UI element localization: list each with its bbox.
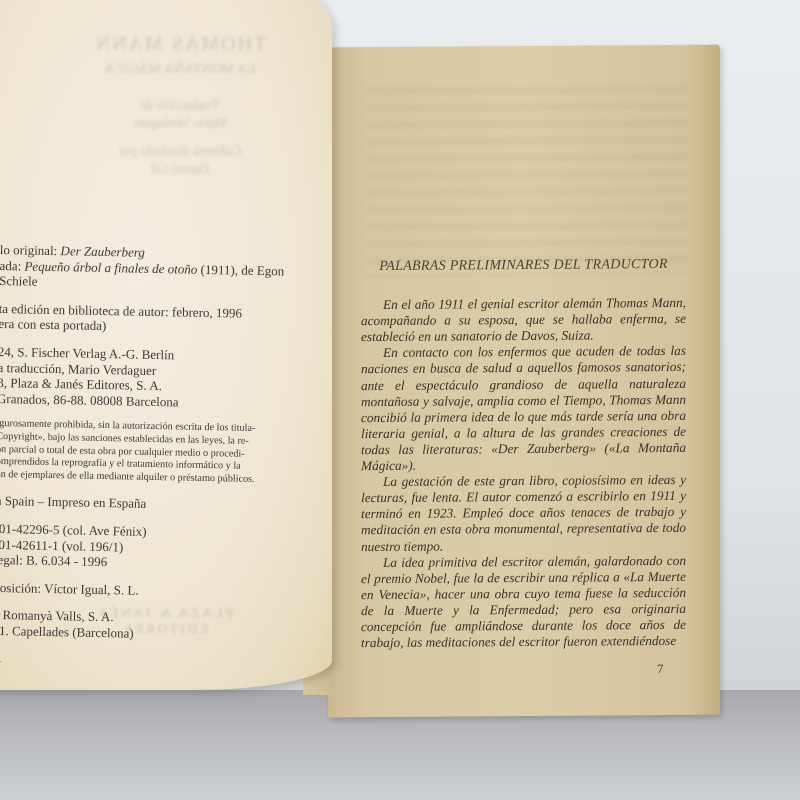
label: lo original: (0, 242, 61, 258)
right-page-text: PALABRAS PRELIMINARES DEL TRADUCTOR En e… (361, 257, 686, 651)
show-through-title: THOMAS MANN LA MONTAÑA MÁGICA Traducción… (90, 35, 270, 179)
legal-notice: igurosamente prohibida, sin la autorizac… (0, 418, 307, 487)
page-number: 7 (657, 661, 664, 677)
ghost-author: THOMAS MANN (90, 35, 270, 53)
original-title: Der Zauberberg (60, 243, 145, 260)
paragraph: En el año 1911 el genial escritor alemán… (361, 295, 686, 346)
right-page: PALABRAS PRELIMINARES DEL TRADUCTOR En e… (328, 45, 720, 718)
paragraph: La gestación de este gran libro, copiosí… (361, 472, 686, 555)
label: (1911), de Egon (197, 261, 284, 278)
ghost-line: Cubierta diseñada por (90, 143, 270, 161)
ghost-title: LA MONTAÑA MÁGICA (90, 61, 270, 79)
ghost-line: Daniel Gil (90, 161, 270, 179)
cover-artwork-title: Pequeño árbol a finales de otoño (24, 258, 197, 276)
chapter-title: PALABRAS PRELIMINARES DEL TRADUCTOR (361, 257, 686, 275)
label: ada: (0, 258, 25, 273)
bleed-through-text (368, 85, 688, 277)
copyright-text: lo original: Der Zauberberg ada: Pequeño… (0, 242, 310, 672)
ghost-line: Mario Verdaguer (90, 115, 270, 133)
paragraph: En contacto con los enfermos que acuden … (361, 343, 686, 474)
paragraph: La idea primitiva del escritor alemán, g… (361, 552, 686, 651)
ghost-line: Traducción de (90, 97, 270, 115)
left-page: THOMAS MANN LA MONTAÑA MÁGICA Traducción… (0, 0, 332, 690)
